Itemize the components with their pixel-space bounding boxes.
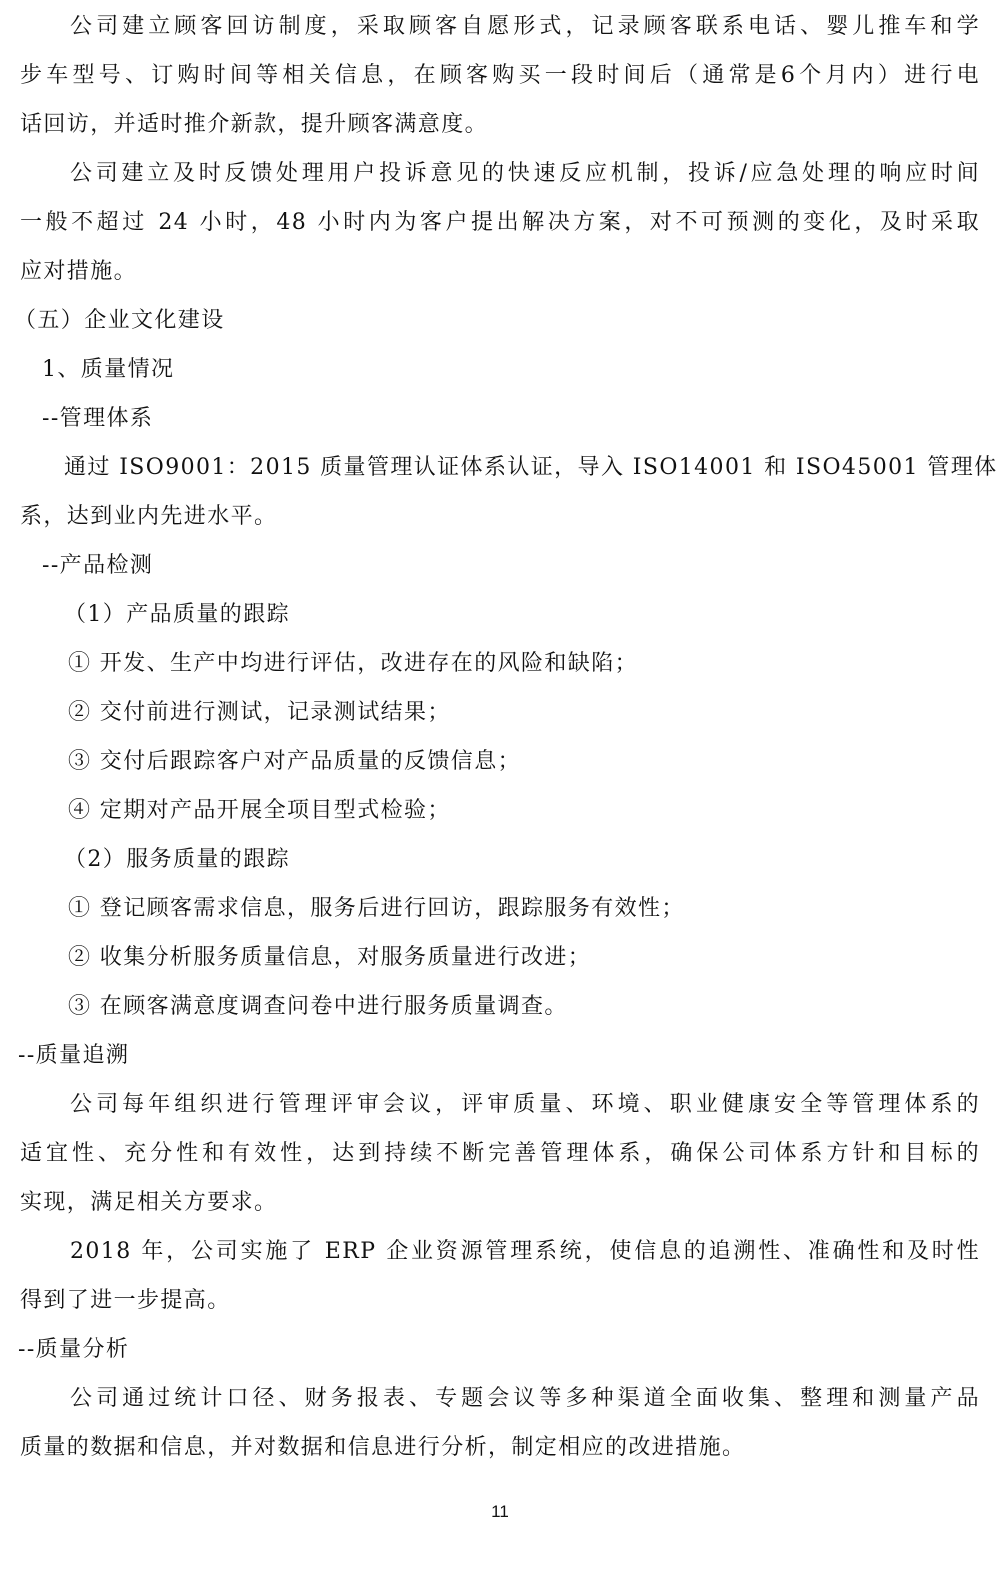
paragraph-line: 通过 ISO9001：2015 质量管理认证体系认证，导入 ISO14001 和… (64, 453, 980, 483)
paragraph-line: 得到了进一步提高。 (20, 1286, 231, 1316)
paragraph-line: 公司每年组织进行管理评审会议，评审质量、环境、职业健康安全等管理体系的 (70, 1090, 980, 1120)
list-item: ④ 定期对产品开展全项目型式检验； (68, 796, 451, 826)
paragraph-line: 适宜性、充分性和有效性，达到持续不断完善管理体系，确保公司体系方针和目标的 (20, 1139, 980, 1169)
section-heading: （五）企业文化建设 (14, 306, 225, 336)
product-testing-heading: --产品检测 (42, 551, 153, 581)
page-number: 11 (0, 1502, 1000, 1522)
paragraph-line: 步车型号、订购时间等相关信息，在顾客购买一段时间后（通常是6个月内）进行电 (20, 61, 980, 91)
traceability-heading: --质量追溯 (18, 1041, 129, 1071)
paragraph-line: 一般不超过 24 小时，48 小时内为客户提出解决方案，对不可预测的变化，及时采… (20, 208, 980, 238)
list-item: ① 登记顾客需求信息，服务后进行回访，跟踪服务有效性； (68, 894, 685, 924)
paragraph-line: 公司通过统计口径、财务报表、专题会议等多种渠道全面收集、整理和测量产品 (70, 1384, 980, 1414)
list-item: ② 收集分析服务质量信息，对服务质量进行改进； (68, 943, 591, 973)
product-quality-heading: （1）产品质量的跟踪 (64, 600, 290, 630)
paragraph-line: 2018 年，公司实施了 ERP 企业资源管理系统，使信息的追溯性、准确性和及时… (70, 1237, 980, 1267)
service-quality-heading: （2）服务质量的跟踪 (64, 845, 290, 875)
list-item: ① 开发、生产中均进行评估，改进存在的风险和缺陷； (68, 649, 638, 679)
paragraph-line: 系，达到业内先进水平。 (20, 502, 277, 532)
paragraph-line: 应对措施。 (20, 257, 137, 287)
paragraph-line: 实现，满足相关方要求。 (20, 1188, 277, 1218)
list-item: ③ 在顾客满意度调查问卷中进行服务质量调查。 (68, 992, 568, 1022)
paragraph-line: 话回访，并适时推介新款，提升顾客满意度。 (20, 110, 488, 140)
list-item: ③ 交付后跟踪客户对产品质量的反馈信息； (68, 747, 521, 777)
list-item: ② 交付前进行测试，记录测试结果； (68, 698, 451, 728)
subsection-heading: 1、质量情况 (42, 355, 174, 385)
management-system-heading: --管理体系 (42, 404, 153, 434)
paragraph-line: 公司建立及时反馈处理用户投诉意见的快速反应机制，投诉/应急处理的响应时间 (70, 159, 980, 189)
analysis-heading: --质量分析 (18, 1335, 129, 1365)
paragraph-line: 质量的数据和信息，并对数据和信息进行分析，制定相应的改进措施。 (20, 1433, 745, 1463)
paragraph-line: 公司建立顾客回访制度，采取顾客自愿形式，记录顾客联系电话、婴儿推车和学 (70, 12, 980, 42)
